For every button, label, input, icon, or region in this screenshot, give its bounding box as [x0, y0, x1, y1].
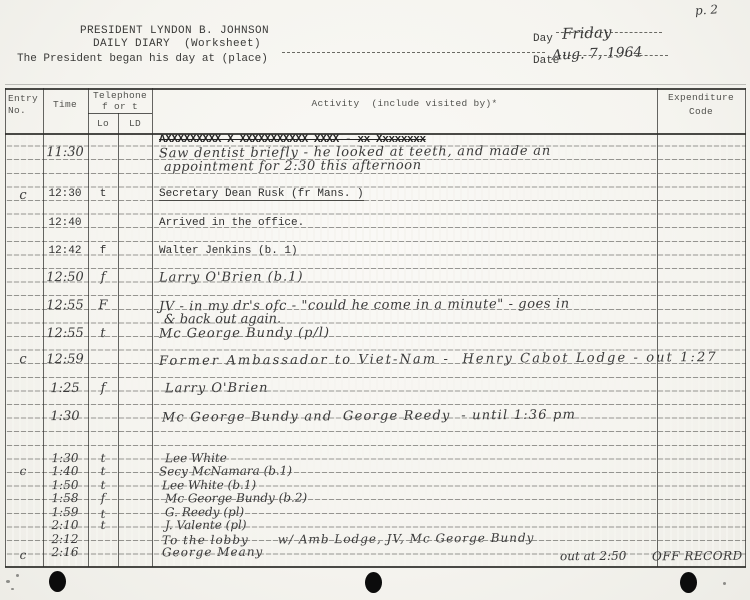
diary-row: 11:30 Saw dentist briefly - he looked at…	[0, 145, 750, 160]
day-label: Day	[533, 33, 553, 45]
time-cell: 1:30	[44, 409, 86, 424]
diary-row: 1:25 f Larry O'Brien	[0, 381, 750, 396]
header-expenditure-line1: Expenditure	[657, 92, 745, 103]
day-value-handwritten: Friday	[562, 23, 612, 43]
diary-row: c 2:16 George Meany out at 2:50 OFF RECO…	[0, 545, 750, 560]
time-cell: 12:42	[44, 245, 86, 257]
document-title-line1: PRESIDENT LYNDON B. JOHNSON	[80, 25, 269, 37]
hole-punch-left	[49, 571, 66, 592]
diary-row: c 12:59 Former Ambassador to Viet-Nam - …	[0, 352, 750, 367]
entry-code: c	[8, 352, 38, 367]
header-expenditure-line2: Code	[657, 106, 745, 117]
out-time-note: out at 2:50	[560, 549, 626, 563]
telephone-cell: t	[90, 188, 116, 200]
header-activity: Activity (include visited by)*	[152, 98, 657, 109]
scan-speck	[723, 582, 726, 585]
entry-code: c	[8, 548, 38, 562]
diary-row: c 1:40 t Secy McNamara (b.1)	[0, 464, 750, 479]
activity-cell: George Meany	[162, 545, 263, 560]
scan-speck	[6, 580, 10, 583]
activity-cell: Mc George Bundy (b.2)	[165, 491, 307, 506]
entry-code: c	[8, 464, 38, 478]
diary-row: 2:10 t J. Valente (pl)	[0, 518, 750, 533]
time-cell: 12:55	[44, 298, 86, 313]
diary-row: 12:40 Arrived in the office.	[0, 217, 750, 232]
activity-cell: Larry O'Brien (b.1)	[159, 269, 304, 285]
header-telephone-line1: Telephone	[88, 90, 152, 101]
table-bottom-border	[5, 566, 746, 568]
activity-cell: Former Ambassador to Viet-Nam - Henry Ca…	[159, 350, 718, 369]
telephone-cell: f	[90, 491, 116, 505]
time-cell: 12:40	[44, 217, 86, 229]
diary-row: 12:42 f Walter Jenkins (b. 1)	[0, 245, 750, 260]
activity-cell: Mc George Bundy (p/l)	[159, 325, 330, 341]
telephone-cell: f	[90, 245, 116, 257]
header-entry-no-line1: Entry	[8, 93, 38, 104]
activity-cell: Larry O'Brien	[165, 381, 269, 397]
time-cell: 2:16	[44, 545, 86, 559]
page-number-handwritten: p. 2	[695, 2, 719, 18]
began-day-blank-line	[282, 52, 545, 53]
activity-cell: Secy McNamara (b.1)	[159, 464, 292, 479]
telephone-cell: t	[90, 464, 116, 478]
diary-row: 1:58 f Mc George Bundy (b.2)	[0, 491, 750, 506]
entry-code: c	[8, 188, 38, 203]
hole-punch-center	[365, 572, 382, 593]
diary-row: 1:30 Mc George Bundy and George Reedy - …	[0, 409, 750, 424]
time-cell: 12:50	[44, 270, 86, 285]
time-cell: 2:10	[44, 518, 86, 532]
activity-cell: Mc George Bundy and George Reedy - until…	[162, 408, 576, 426]
header-telephone-line2: f or t	[88, 101, 152, 112]
telephone-subheader-line	[88, 113, 152, 114]
telephone-cell: F	[90, 298, 116, 313]
time-cell: 11:30	[44, 145, 86, 160]
scan-speck	[11, 588, 14, 590]
activity-cell: Arrived in the office.	[159, 217, 304, 229]
date-value-handwritten: Aug. 7, 1964	[552, 44, 643, 63]
activity-cell-line2: appointment for 2:30 this afternoon	[164, 158, 422, 175]
telephone-cell: f	[90, 381, 116, 396]
table-top-shadow-line	[5, 84, 746, 85]
diary-row: 12:55 F JV - in my dr's ofc - "could he …	[0, 298, 750, 313]
diary-row: 12:50 f Larry O'Brien (b.1)	[0, 270, 750, 285]
activity-cell: Walter Jenkins (b. 1)	[159, 245, 298, 257]
telephone-cell: t	[90, 326, 116, 341]
document-title-line2: DAILY DIARY (Worksheet)	[93, 38, 261, 50]
diary-row: 12:55 t Mc George Bundy (p/l)	[0, 326, 750, 341]
header-ld: LD	[118, 118, 152, 129]
header-entry-no-line2: No.	[8, 105, 26, 116]
header-time: Time	[44, 99, 86, 110]
time-cell: 1:58	[44, 491, 86, 505]
diary-row: c 12:30 t Secretary Dean Rusk (fr Mans. …	[0, 188, 750, 203]
time-cell: 1:40	[44, 464, 86, 478]
time-cell: 12:30	[44, 188, 86, 200]
time-cell: 12:55	[44, 326, 86, 341]
began-day-label: The President began his day at (place)	[17, 53, 268, 65]
hole-punch-right	[680, 572, 697, 593]
telephone-cell: f	[90, 270, 116, 285]
activity-cell: Secretary Dean Rusk (fr Mans. )	[159, 188, 364, 201]
time-cell: 12:59	[44, 352, 86, 367]
telephone-cell: t	[90, 518, 116, 532]
off-record-note: OFF RECORD	[652, 549, 743, 564]
header-lo: Lo	[88, 118, 118, 129]
scan-speck	[16, 574, 19, 577]
activity-cell: J. Valente (pl)	[165, 518, 247, 533]
time-cell: 1:25	[44, 381, 86, 396]
